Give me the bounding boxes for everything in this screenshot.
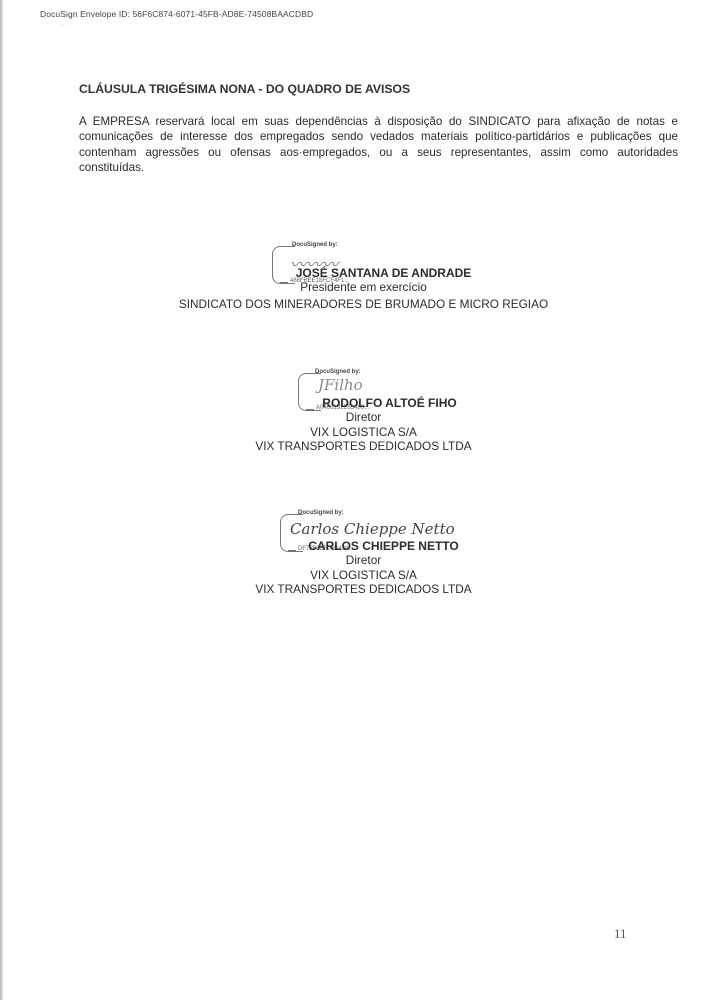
signature-handwriting: JFilho [318, 376, 363, 394]
signature-block-1: JOSÉ SANTANA DE ANDRADE Presidente em ex… [0, 266, 727, 311]
signer-name: CARLOS CHIEPPE NETTO [20, 539, 727, 553]
clause-line: contenham agressões ou ofensas aos·empre… [79, 145, 678, 160]
clause-body: A EMPRESA reservará local em suas depend… [79, 114, 678, 175]
clause-line: A EMPRESA reservará local em suas depend… [79, 114, 678, 129]
signer-name: JOSÉ SANTANA DE ANDRADE [20, 266, 727, 280]
clause-title: CLÁUSULA TRIGÉSIMA NONA - DO QUADRO DE A… [79, 82, 410, 96]
signer-name: RODOLFO ALTOÉ FIHO [26, 396, 727, 410]
signer-company: VIX TRANSPORTES DEDICADOS LTDA [0, 582, 727, 597]
signature-handwriting: Carlos Chieppe Netto [290, 520, 455, 538]
scan-speck: · · [62, 22, 68, 28]
page-number: 11 [614, 926, 627, 942]
signer-company: VIX TRANSPORTES DEDICADOS LTDA [0, 439, 727, 454]
envelope-id: DocuSign Envelope ID: 56F6C874-6071-45FB… [40, 9, 313, 19]
clause-line: constituídas. [79, 160, 678, 175]
signer-org: SINDICATO DOS MINERADORES DE BRUMADO E M… [0, 297, 727, 312]
signer-company: VIX LOGISTICA S/A [0, 425, 727, 440]
signer-role: Presidente em exercício [0, 280, 727, 295]
clause-line: comunicações de interesse dos empregados… [79, 129, 678, 144]
signer-role: Diretor [0, 553, 727, 568]
docusigned-label: DocuSigned by: [292, 242, 338, 248]
signature-block-2: RODOLFO ALTOÉ FIHO Diretor VIX LOGISTICA… [0, 396, 727, 454]
signer-company: VIX LOGISTICA S/A [0, 568, 727, 583]
signer-role: Diretor [0, 410, 727, 425]
docusigned-label: DocuSigned by: [298, 510, 344, 516]
scan-edge [0, 0, 3, 1000]
signature-block-3: CARLOS CHIEPPE NETTO Diretor VIX LOGISTI… [0, 539, 727, 597]
docusigned-label: DocuSigned by: [315, 369, 361, 375]
